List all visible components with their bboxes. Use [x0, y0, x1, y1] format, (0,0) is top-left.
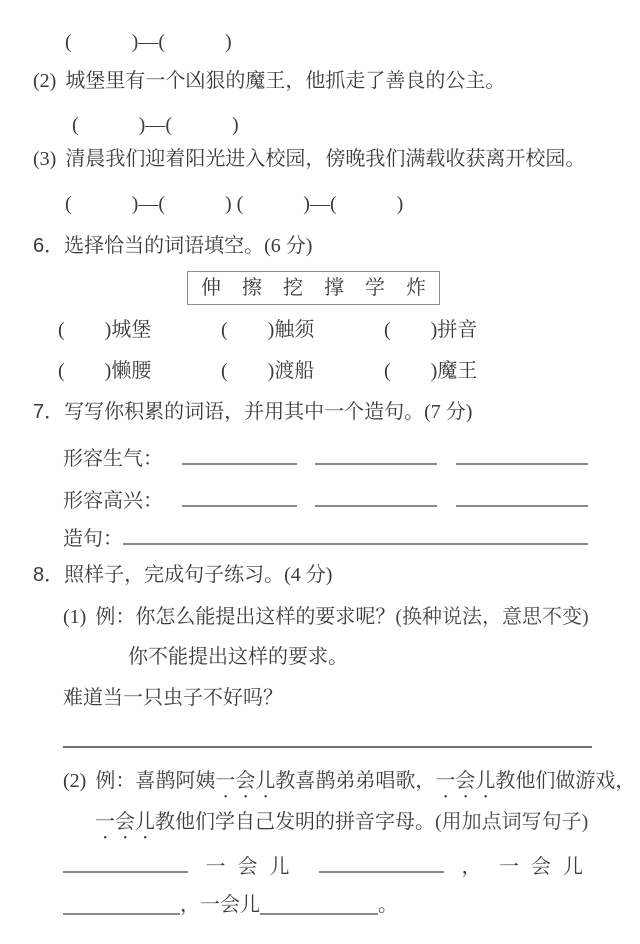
- fill-word: ，一会儿: [180, 894, 260, 916]
- q8-sub1-example: (1)例：你怎么能提出这样的要求呢？(换种说法，意思不变): [63, 606, 589, 628]
- answer-blank: [63, 893, 180, 915]
- question-score: (6 分): [264, 235, 312, 257]
- item-text: 城堡里有一个凶狠的魔王，他抓走了善良的公主。: [65, 70, 505, 92]
- word-bank-box: 伸 擦 挖 撑 学 炸: [187, 271, 440, 305]
- word-bank-item: 炸: [406, 277, 426, 299]
- item-number: (3): [33, 148, 56, 170]
- example-text: 教喜鹊弟弟唱歌，: [275, 770, 435, 792]
- emphasized-word: 一会儿: [435, 770, 495, 792]
- row-label: 造句：: [63, 528, 123, 550]
- question-number: 8．: [33, 564, 64, 586]
- answer-rule-line: [63, 746, 592, 748]
- q8-sub2-fill-line2: ，一会儿。: [63, 893, 398, 916]
- word-bank-item: 学: [365, 277, 385, 299]
- word-bank-item: 挖: [283, 277, 303, 299]
- row-label: 形容生气：: [63, 448, 163, 470]
- q6-heading: 6．选择恰当的词语填空。(6 分): [33, 235, 312, 257]
- item-text: 清晨我们迎着阳光进入校园，傍晚我们满载收获离开校园。: [65, 148, 585, 170]
- emphasized-word: 一会儿: [215, 770, 275, 792]
- word-bank-item: 伸: [201, 277, 221, 299]
- question-title: 选择恰当的词语填空。: [64, 235, 264, 257]
- q7-angry-row: 形容生气：: [63, 443, 588, 470]
- answer-blank: [456, 443, 588, 465]
- row-label: 形容高兴：: [63, 490, 163, 512]
- example-label: 例：: [95, 606, 135, 628]
- answer-blank: [456, 485, 588, 507]
- matching-blank-pair-1: ( )—( ): [65, 31, 232, 53]
- fill-word: 一会儿: [499, 856, 595, 878]
- question-title: 写写你积累的词语，并用其中一个造句。: [64, 401, 424, 423]
- question-title: 照样子，完成句子练习。: [64, 564, 284, 586]
- bracket-word: ( )拼音: [384, 319, 477, 341]
- example-text: 喜鹊阿姨: [135, 770, 215, 792]
- bracket-word: ( )魔王: [384, 360, 477, 382]
- q8-sub2-fill-line1: 一会儿 ， 一会儿: [63, 851, 595, 878]
- bracket-word: ( )渡船: [221, 360, 384, 382]
- matching-blank-pair-3: ( )—( ) ( )—( ): [65, 193, 403, 215]
- q8-sub1-example-answer: 你不能提出这样的要求。: [128, 646, 348, 668]
- item-number: (2): [63, 770, 86, 792]
- q7-happy-row: 形容高兴：: [63, 485, 588, 512]
- answer-blank: [63, 851, 188, 873]
- answer-blank: [319, 851, 444, 873]
- q7-heading: 7．写写你积累的词语，并用其中一个造句。(7 分): [33, 401, 472, 423]
- fill-punctuation: ，: [462, 856, 482, 878]
- matching-blank-pair-2: ( )—( ): [72, 114, 239, 136]
- item-number: (1): [63, 606, 86, 628]
- instruction-note: (用加点词写句子): [435, 811, 588, 833]
- q8-sub2-example-line1: (2)例：喜鹊阿姨一会儿教喜鹊弟弟唱歌，一会儿教他们做游戏，: [63, 770, 635, 803]
- answer-blank: [182, 485, 297, 507]
- q8-sub2-example-line2: 一会儿教他们学自己发明的拼音字母。(用加点词写句子): [95, 811, 588, 844]
- answer-blank: [182, 443, 297, 465]
- emphasized-word: 一会儿: [95, 811, 155, 833]
- q8-heading: 8．照样子，完成句子练习。(4 分): [33, 564, 332, 586]
- answer-blank: [123, 523, 588, 545]
- example-label: 例：: [95, 770, 135, 792]
- matching-item-3: (3)清晨我们迎着阳光进入校园，傍晚我们满载收获离开校园。: [33, 148, 585, 170]
- question-number: 7．: [33, 401, 64, 423]
- example-text: 教他们学自己发明的拼音字母。: [155, 811, 435, 833]
- q6-blank-row-2: ( )懒腰( )渡船( )魔王: [58, 360, 477, 382]
- worksheet-page: ( )—( ) (2)城堡里有一个凶狠的魔王，他抓走了善良的公主。 ( )—( …: [0, 0, 640, 944]
- fill-punctuation: 。: [378, 894, 398, 916]
- bracket-word: ( )懒腰: [58, 360, 221, 382]
- fill-word: 一会儿: [206, 856, 302, 878]
- example-text: 教他们做游戏，: [495, 770, 635, 792]
- word-bank-item: 擦: [242, 277, 262, 299]
- matching-item-2: (2)城堡里有一个凶狠的魔王，他抓走了善良的公主。: [33, 70, 505, 92]
- example-text: 你怎么能提出这样的要求呢？: [135, 606, 395, 628]
- bracket-word: ( )触须: [221, 319, 384, 341]
- question-number: 6．: [33, 235, 64, 257]
- question-score: (7 分): [424, 401, 472, 423]
- q7-sentence-row: 造句：: [63, 523, 588, 550]
- word-bank-item: 撑: [324, 277, 344, 299]
- instruction-note: (换种说法，意思不变): [395, 606, 588, 628]
- item-number: (2): [33, 70, 56, 92]
- answer-blank: [315, 485, 437, 507]
- q8-sub1-prompt: 难道当一只虫子不好吗？: [63, 687, 283, 709]
- question-score: (4 分): [284, 564, 332, 586]
- q6-blank-row-1: ( )城堡( )触须( )拼音: [58, 319, 477, 341]
- bracket-word: ( )城堡: [58, 319, 221, 341]
- answer-blank: [315, 443, 437, 465]
- answer-blank: [260, 893, 378, 915]
